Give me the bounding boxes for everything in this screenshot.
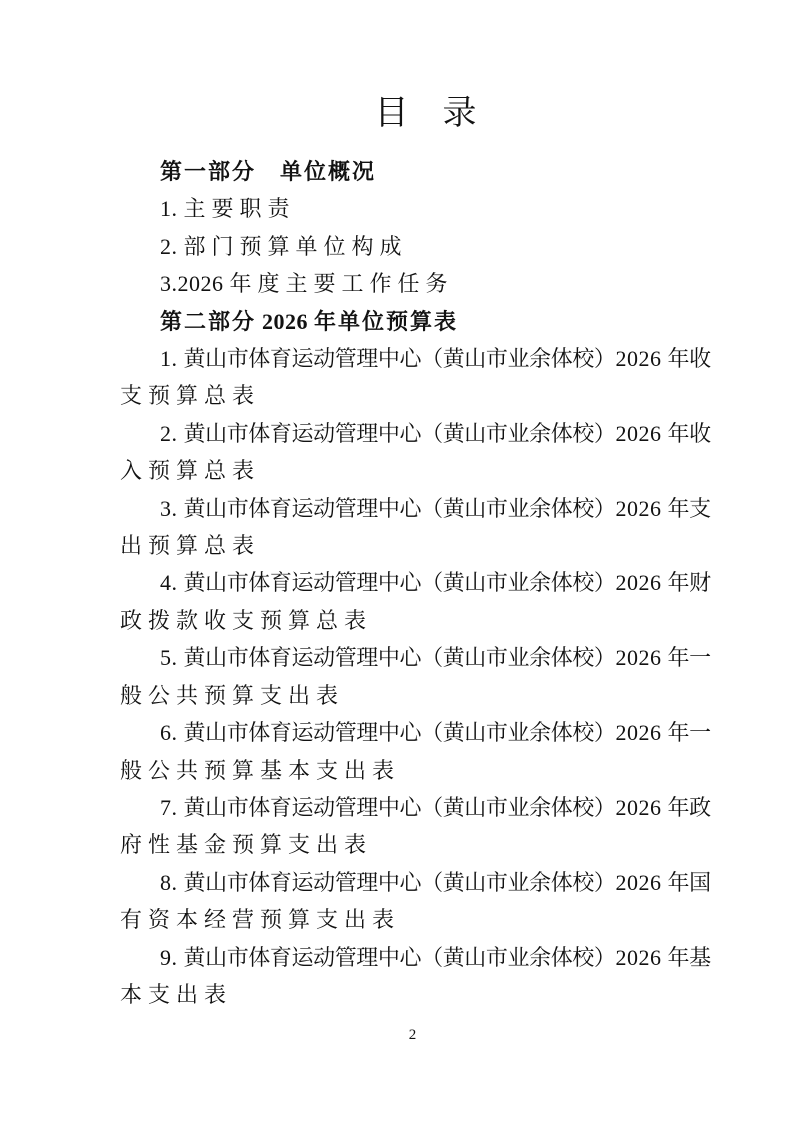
toc-item-line: 1. 主要职责 xyxy=(120,190,705,227)
toc-item-line: 5. 黄山市体育运动管理中心（黄山市业余体校）2026 年一 xyxy=(120,639,705,676)
toc-item-line: 4. 黄山市体育运动管理中心（黄山市业余体校）2026 年财 xyxy=(120,564,705,601)
toc-item-line: 8. 黄山市体育运动管理中心（黄山市业余体校）2026 年国 xyxy=(120,864,705,901)
toc-item-line: 2. 部门预算单位构成 xyxy=(120,228,705,265)
section-1-heading: 第一部分 单位概况 xyxy=(120,153,705,190)
toc-item-line: 9. 黄山市体育运动管理中心（黄山市业余体校）2026 年基 xyxy=(120,939,705,976)
toc-item-line: 入预算总表 xyxy=(120,452,705,489)
toc-item-line: 本支出表 xyxy=(120,976,705,1013)
toc-item-line: 有资本经营预算支出表 xyxy=(120,901,705,938)
toc-item-line: 支预算总表 xyxy=(120,377,705,414)
toc-item-line: 1. 黄山市体育运动管理中心（黄山市业余体校）2026 年收 xyxy=(120,340,705,377)
toc-item-line: 2. 黄山市体育运动管理中心（黄山市业余体校）2026 年收 xyxy=(120,415,705,452)
toc-item-line: 般公共预算支出表 xyxy=(120,677,705,714)
toc-item-line: 出预算总表 xyxy=(120,527,705,564)
document-page: 目 录 第一部分 单位概况 1. 主要职责 2. 部门预算单位构成 3.2026… xyxy=(0,0,793,1122)
toc: 目 录 第一部分 单位概况 1. 主要职责 2. 部门预算单位构成 3.2026… xyxy=(120,94,705,1013)
toc-item-line: 政拨款收支预算总表 xyxy=(120,602,705,639)
toc-item-line: 7. 黄山市体育运动管理中心（黄山市业余体校）2026 年政 xyxy=(120,789,705,826)
toc-item-line: 6. 黄山市体育运动管理中心（黄山市业余体校）2026 年一 xyxy=(120,714,705,751)
toc-title: 目 录 xyxy=(133,94,718,134)
page-number: 2 xyxy=(120,1026,705,1044)
section-2-heading: 第二部分 2026 年单位预算表 xyxy=(120,303,705,340)
toc-item-line: 般公共预算基本支出表 xyxy=(120,752,705,789)
toc-item-line: 3. 黄山市体育运动管理中心（黄山市业余体校）2026 年支 xyxy=(120,490,705,527)
toc-item-line: 3.2026 年度主要工作任务 xyxy=(120,265,705,302)
toc-item-line: 府性基金预算支出表 xyxy=(120,826,705,863)
